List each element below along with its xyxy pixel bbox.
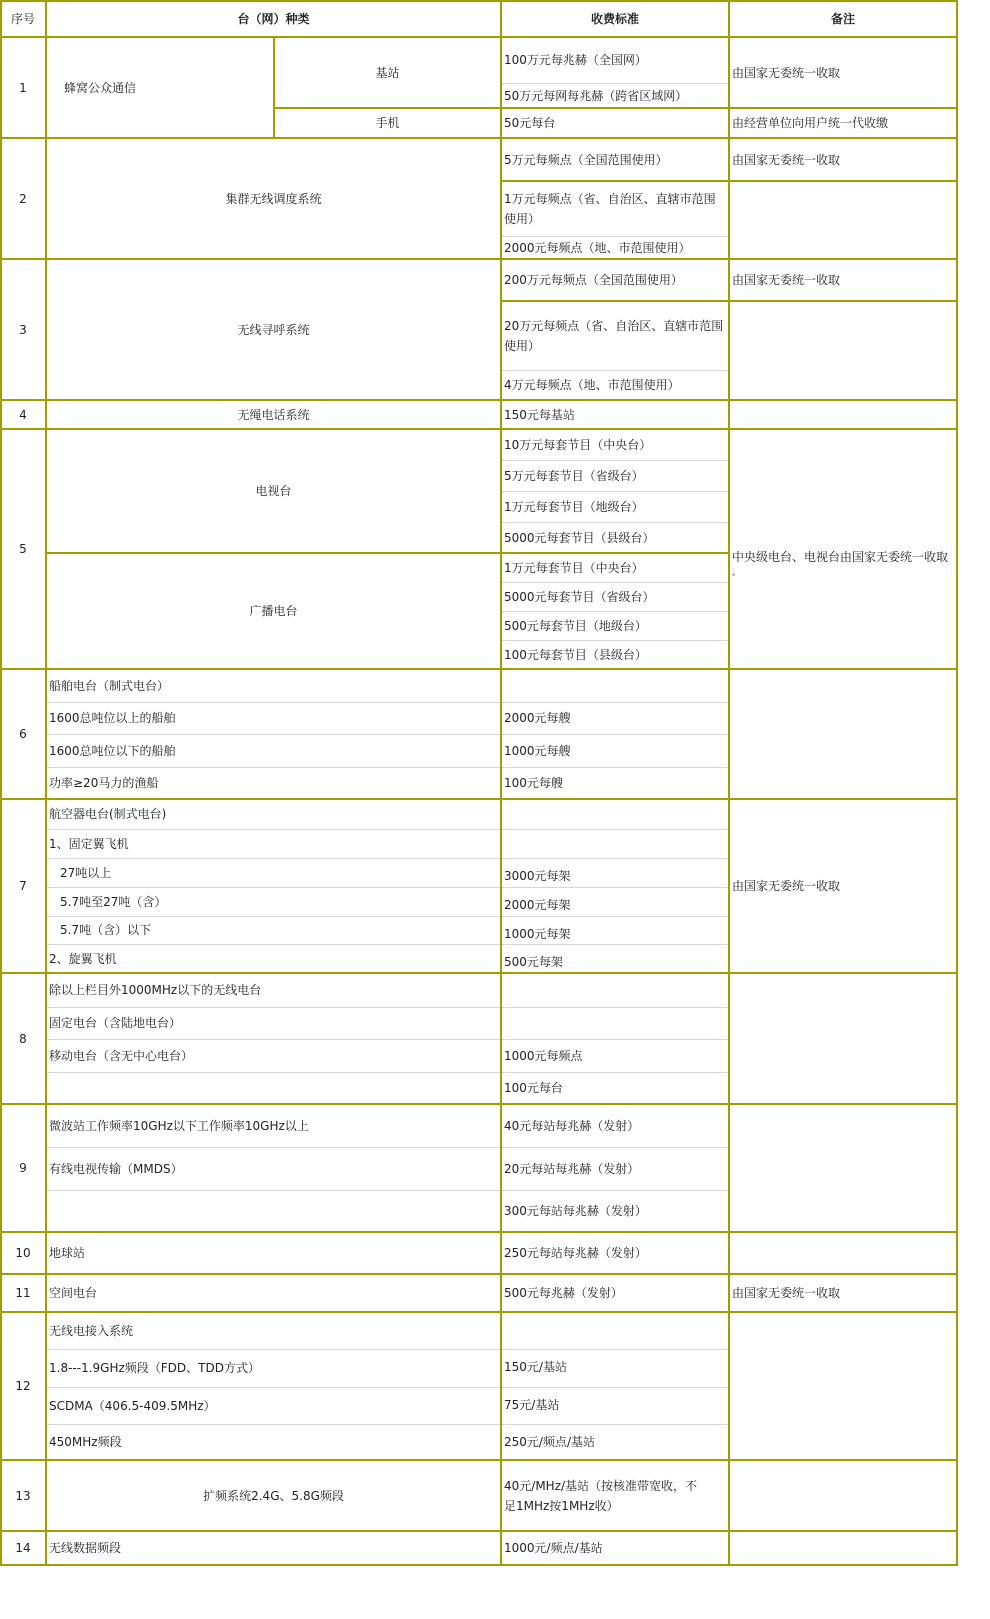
row-number: 10 — [0, 1232, 46, 1274]
row-number: 1 — [0, 37, 46, 138]
row-divider — [46, 829, 729, 830]
fee-cell: 20元每站每兆赫（发射） — [501, 1147, 729, 1190]
fee-cell: 50万元每网每兆赫（跨省区域网） — [501, 83, 729, 108]
fee-cell: 50元每台 — [501, 108, 729, 138]
table-border — [0, 258, 958, 260]
row-number: 6 — [0, 669, 46, 799]
table-border — [956, 0, 958, 1566]
category-line: 1.8---1.9GHz频段（FDD、TDD方式） — [46, 1349, 501, 1387]
table-border — [728, 0, 730, 1566]
header-category: 台（网）种类 — [46, 0, 501, 37]
category-cell: 空间电台 — [46, 1274, 501, 1312]
table-border — [0, 1311, 958, 1313]
row-divider — [46, 1039, 729, 1040]
row-number: 12 — [0, 1312, 46, 1460]
header-no: 序号 — [0, 0, 46, 37]
category-line: 功率≥20马力的渔船 — [46, 767, 501, 799]
fee-cell: 150元每基站 — [501, 400, 729, 429]
table-border — [0, 36, 958, 38]
fee-cell: 150元/基站 — [501, 1349, 729, 1387]
row-divider — [46, 702, 729, 703]
row-number: 11 — [0, 1274, 46, 1312]
table-border — [0, 1231, 958, 1233]
row-divider — [501, 236, 729, 237]
fee-cell: 250元/频点/基站 — [501, 1424, 729, 1460]
category-line: 船舶电台（制式电台） — [46, 669, 501, 702]
fee-cell: 100元每台 — [501, 1072, 729, 1104]
row-divider — [46, 1349, 729, 1350]
category-line: 450MHz频段 — [46, 1424, 501, 1460]
subcategory-cell: 手机 — [274, 108, 501, 138]
category-line — [46, 1072, 501, 1104]
table-border — [45, 0, 47, 1566]
row-divider — [46, 1007, 729, 1008]
fee-cell: 500元每兆赫（发射） — [501, 1274, 729, 1312]
category-cell: 无线数据频段 — [46, 1531, 501, 1565]
category-cell: 扩频系统2.4G、5.8G频段 — [46, 1460, 501, 1531]
fee-cell: 300元每站每兆赫（发射） — [501, 1190, 729, 1232]
remark-cell — [729, 1531, 957, 1565]
category-cell: 无绳电话系统 — [46, 400, 501, 429]
subcategory-cell: 基站 — [274, 37, 501, 108]
row-divider — [501, 582, 729, 583]
row-number: 9 — [0, 1104, 46, 1232]
fee-cell: 2000元每架 — [501, 887, 729, 916]
row-divider — [46, 1072, 729, 1073]
fee-cell: 10万元每套节目（中央台） — [501, 429, 729, 460]
fee-cell: 1万元每套节目（地级台） — [501, 491, 729, 522]
fee-cell: 5000元每套节目（省级台） — [501, 582, 729, 611]
fee-cell: 250元每站每兆赫（发射） — [501, 1232, 729, 1274]
table-border — [0, 1530, 958, 1532]
remark-text: 中央级电台、电视台由国家无委统一收取 — [732, 547, 948, 567]
row-divider — [46, 858, 729, 859]
remark-cell: 由国家无委统一收取 — [729, 1274, 957, 1312]
category-line: 5.7吨（含）以下 — [46, 916, 501, 944]
subcategory-cell: 电视台 — [46, 429, 501, 553]
table-border — [0, 0, 2, 1566]
table-border — [0, 428, 958, 430]
row-divider — [46, 916, 729, 917]
fee-cell: 3000元每架 — [501, 858, 729, 887]
remark-cell — [729, 1460, 957, 1531]
fee-cell: 1000元每频点 — [501, 1039, 729, 1072]
row-divider — [501, 522, 729, 523]
fee-cell: 5万元每套节目（省级台） — [501, 460, 729, 491]
remark-cell — [729, 669, 957, 799]
fee-cell — [501, 669, 729, 702]
remark-cell — [729, 400, 957, 429]
table-border — [0, 0, 958, 2]
table-border — [273, 37, 275, 139]
fee-standard-table: 序号台（网）种类收费标准备注1蜂窝公众通信基站手机100万元每兆赫（全国网）50… — [0, 0, 958, 1567]
row-divider — [46, 734, 729, 735]
row-number: 4 — [0, 400, 46, 429]
category-line: SCDMA（406.5-409.5MHz） — [46, 1387, 501, 1424]
category-line: 27吨以上 — [46, 858, 501, 887]
fee-cell: 5000元每套节目（县级台） — [501, 522, 729, 553]
fee-cell: 100元每套节目（县级台） — [501, 640, 729, 669]
row-divider — [46, 1387, 729, 1388]
row-number: 7 — [0, 799, 46, 973]
category-line: 移动电台（含无中心电台） — [46, 1039, 501, 1072]
category-cell: 无线寻呼系统 — [46, 259, 501, 400]
row-number: 5 — [0, 429, 46, 669]
row-number: 8 — [0, 973, 46, 1104]
row-divider — [46, 1424, 729, 1425]
header-remark: 备注 — [729, 0, 957, 37]
fee-cell: 500元每套节目（地级台） — [501, 611, 729, 640]
fee-cell: 4万元每频点（地、市范围使用） — [501, 370, 729, 400]
fee-cell: 5万元每频点（全国范围使用） — [501, 138, 729, 181]
category-line: 1600总吨位以上的船舶 — [46, 702, 501, 734]
subcategory-cell: 广播电台 — [46, 553, 501, 669]
fee-cell — [501, 799, 729, 829]
row-divider — [501, 370, 729, 371]
fee-cell: 1000元/频点/基站 — [501, 1531, 729, 1565]
table-border — [0, 798, 958, 800]
category-line: 无线电接入系统 — [46, 1312, 501, 1349]
fee-cell: 40元每站每兆赫（发射） — [501, 1104, 729, 1147]
row-divider — [501, 640, 729, 641]
remark-cell — [729, 1104, 957, 1232]
fee-cell: 200万元每频点（全国范围使用） — [501, 259, 729, 301]
category-line: 微波站工作频率10GHz以下工作频率10GHz以上 — [46, 1104, 501, 1147]
table-border — [0, 1459, 958, 1461]
row-divider — [46, 887, 729, 888]
row-number: 14 — [0, 1531, 46, 1565]
fee-cell: 1000元每架 — [501, 916, 729, 944]
row-number: 3 — [0, 259, 46, 400]
row-divider — [501, 83, 729, 84]
table-border — [0, 1564, 958, 1566]
row-divider — [501, 491, 729, 492]
remark-cell — [729, 973, 957, 1104]
row-divider — [46, 1190, 729, 1191]
category-line: 5.7吨至27吨（含） — [46, 887, 501, 916]
remark-cell — [729, 1232, 957, 1274]
remark-cell: 由国家无委统一收取 — [729, 799, 957, 973]
row-number: 13 — [0, 1460, 46, 1531]
row-number: 2 — [0, 138, 46, 259]
table-border — [0, 137, 958, 139]
category-line: 1、固定翼飞机 — [46, 829, 501, 858]
table-border — [0, 399, 958, 401]
table-border — [500, 0, 502, 1566]
fee-cell: 1万元每套节目（中央台） — [501, 553, 729, 582]
row-divider — [501, 611, 729, 612]
category-line: 航空器电台(制式电台) — [46, 799, 501, 829]
row-divider — [46, 1147, 729, 1148]
fee-cell: 1万元每频点（省、自治区、直辖市范围使用） — [501, 181, 729, 236]
fee-cell — [501, 1007, 729, 1039]
remark-cell: 中央级电台、电视台由国家无委统一收取。 — [729, 429, 957, 669]
category-line: 1600总吨位以下的船舶 — [46, 734, 501, 767]
remark-cell: 由国家无委统一收取 — [729, 138, 957, 181]
fee-cell: 2000元每频点（地、市范围使用） — [501, 236, 729, 259]
category-line: 固定电台（含陆地电台） — [46, 1007, 501, 1039]
remark-text-suffix: 。 — [732, 567, 741, 579]
fee-cell — [501, 973, 729, 1007]
table-border — [0, 668, 958, 670]
category-cell: 地球站 — [46, 1232, 501, 1274]
fee-cell — [501, 1312, 729, 1349]
row-divider — [46, 944, 729, 945]
header-fee: 收费标准 — [501, 0, 729, 37]
fee-cell: 2000元每艘 — [501, 702, 729, 734]
table-border — [0, 1273, 958, 1275]
fee-cell — [501, 829, 729, 858]
fee-cell: 100元每艘 — [501, 767, 729, 799]
fee-cell: 75元/基站 — [501, 1387, 729, 1424]
row-divider — [501, 460, 729, 461]
remark-cell: 由国家无委统一收取 — [729, 37, 957, 108]
table-border — [274, 107, 958, 109]
category-line — [46, 1190, 501, 1232]
category-line: 2、旋翼飞机 — [46, 944, 501, 973]
category-line: 有线电视传输（MMDS） — [46, 1147, 501, 1190]
table-border — [0, 972, 958, 974]
fee-cell: 20万元每频点（省、自治区、直辖市范围使用） — [501, 301, 729, 370]
fee-cell: 100万元每兆赫（全国网） — [501, 37, 729, 83]
table-border — [0, 1103, 958, 1105]
remark-cell — [729, 1312, 957, 1460]
fee-cell: 500元每架 — [501, 944, 729, 973]
category-cell: 蜂窝公众通信 — [46, 37, 274, 138]
category-cell: 集群无线调度系统 — [46, 138, 501, 259]
row-divider — [46, 767, 729, 768]
remark-cell: 由经营单位向用户统一代收缴 — [729, 108, 957, 138]
category-line: 除以上栏目外1000MHz以下的无线电台 — [46, 973, 501, 1007]
fee-cell: 1000元每艘 — [501, 734, 729, 767]
remark-cell: 由国家无委统一收取 — [729, 259, 957, 301]
fee-cell: 40元/MHz/基站（按核准带宽收，不足1MHz按1MHz收） — [501, 1460, 729, 1531]
